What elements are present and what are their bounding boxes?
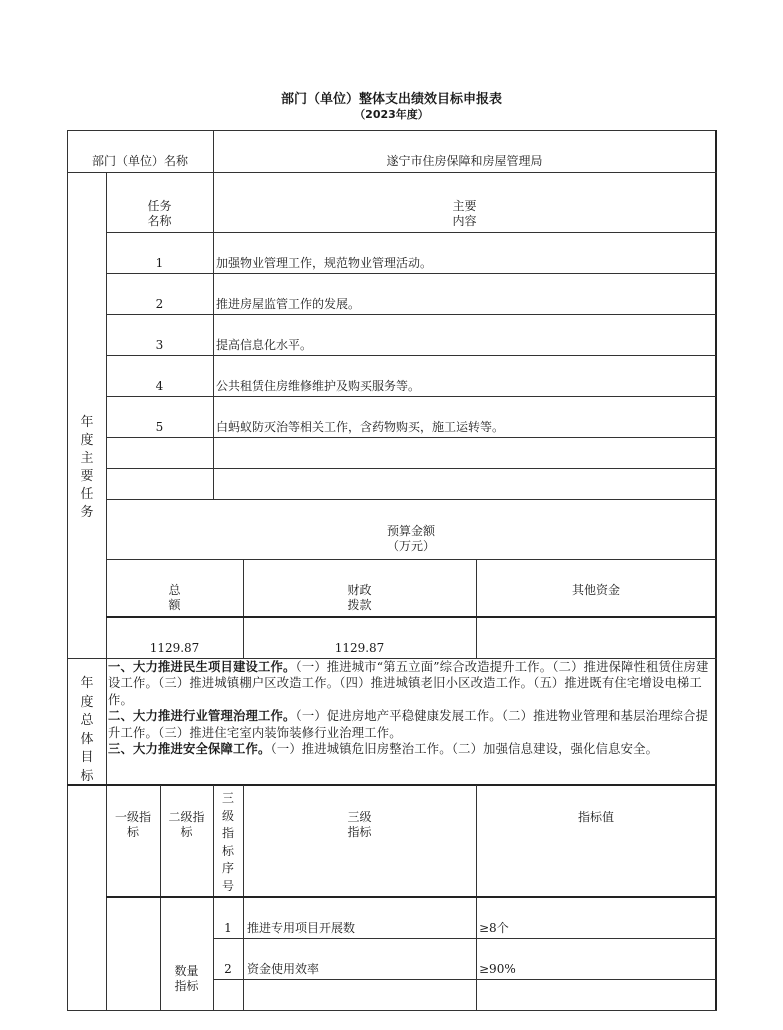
budget-fiscal-value: 1129.87 [243, 641, 476, 656]
task-name-header: 任务 名称 [106, 199, 213, 229]
goal-paragraph: 二、大力推进行业管理治理工作。（一）促进房地产平稳健康发展工作。（二）推进物业管… [108, 708, 716, 741]
department-label: 部门（单位）名称 [67, 154, 213, 169]
budget-total-value: 1129.87 [106, 641, 243, 656]
section-label-annual-tasks: 年 度 主 要 任 务 [77, 414, 97, 522]
document-subtitle: （2023年度） [0, 106, 783, 122]
indicator-value-header: 指标值 [476, 810, 716, 825]
indicator-name: 推进专用项目开展数 [247, 921, 472, 936]
indicator-seq: 2 [213, 962, 243, 977]
task-no: 2 [106, 297, 213, 312]
indicator-seq: 1 [213, 921, 243, 936]
task-content: 推进房屋监管工作的发展。 [216, 297, 711, 312]
level3-indicator-header: 三级 指标 [243, 810, 476, 840]
seq-header: 三 级 指 标 序 号 [215, 790, 241, 895]
task-content-header: 主要 内容 [213, 199, 716, 229]
indicator-value: ≥8个 [479, 921, 714, 936]
level1-indicator-header: 一级指 标 [106, 810, 160, 840]
goal-paragraph: 一、大力推进民生项目建设工作。（一）推进城市“第五立面”综合改造提升工作。（二）… [108, 659, 716, 708]
task-content: 公共租赁住房维修维护及购买服务等。 [216, 379, 711, 394]
document-title: 部门（单位）整体支出绩效目标申报表 [0, 88, 783, 107]
task-content: 加强物业管理工作，规范物业管理活动。 [216, 256, 711, 271]
task-no: 3 [106, 338, 213, 353]
indicator-value: ≥90% [479, 962, 714, 977]
budget-total-header: 总 额 [106, 583, 243, 613]
annual-goals-text: 一、大力推进民生项目建设工作。（一）推进城市“第五立面”综合改造提升工作。（二）… [108, 659, 716, 757]
budget-label: 预算金额 （万元） [106, 524, 716, 554]
level2-group-label: 数量 指标 [160, 964, 213, 994]
budget-fiscal-header: 财政 拨款 [243, 583, 476, 613]
goal-paragraph: 三、大力推进安全保障工作。（一）推进城镇危旧房整治工作。（二）加强信息建设，强化… [108, 741, 716, 757]
task-no: 5 [106, 420, 213, 435]
task-no: 1 [106, 256, 213, 271]
section-label-annual-goals: 年 度 总 体 目 标 [77, 675, 97, 786]
task-content: 白蚂蚁防灭治等相关工作，含药物购买，施工运转等。 [216, 420, 711, 435]
department-value: 遂宁市住房保障和房屋管理局 [213, 154, 716, 169]
level2-indicator-header: 二级指 标 [160, 810, 213, 840]
indicator-name: 资金使用效率 [247, 962, 472, 977]
task-no: 4 [106, 379, 213, 394]
task-content: 提高信息化水平。 [216, 338, 711, 353]
budget-other-header: 其他资金 [476, 583, 716, 598]
